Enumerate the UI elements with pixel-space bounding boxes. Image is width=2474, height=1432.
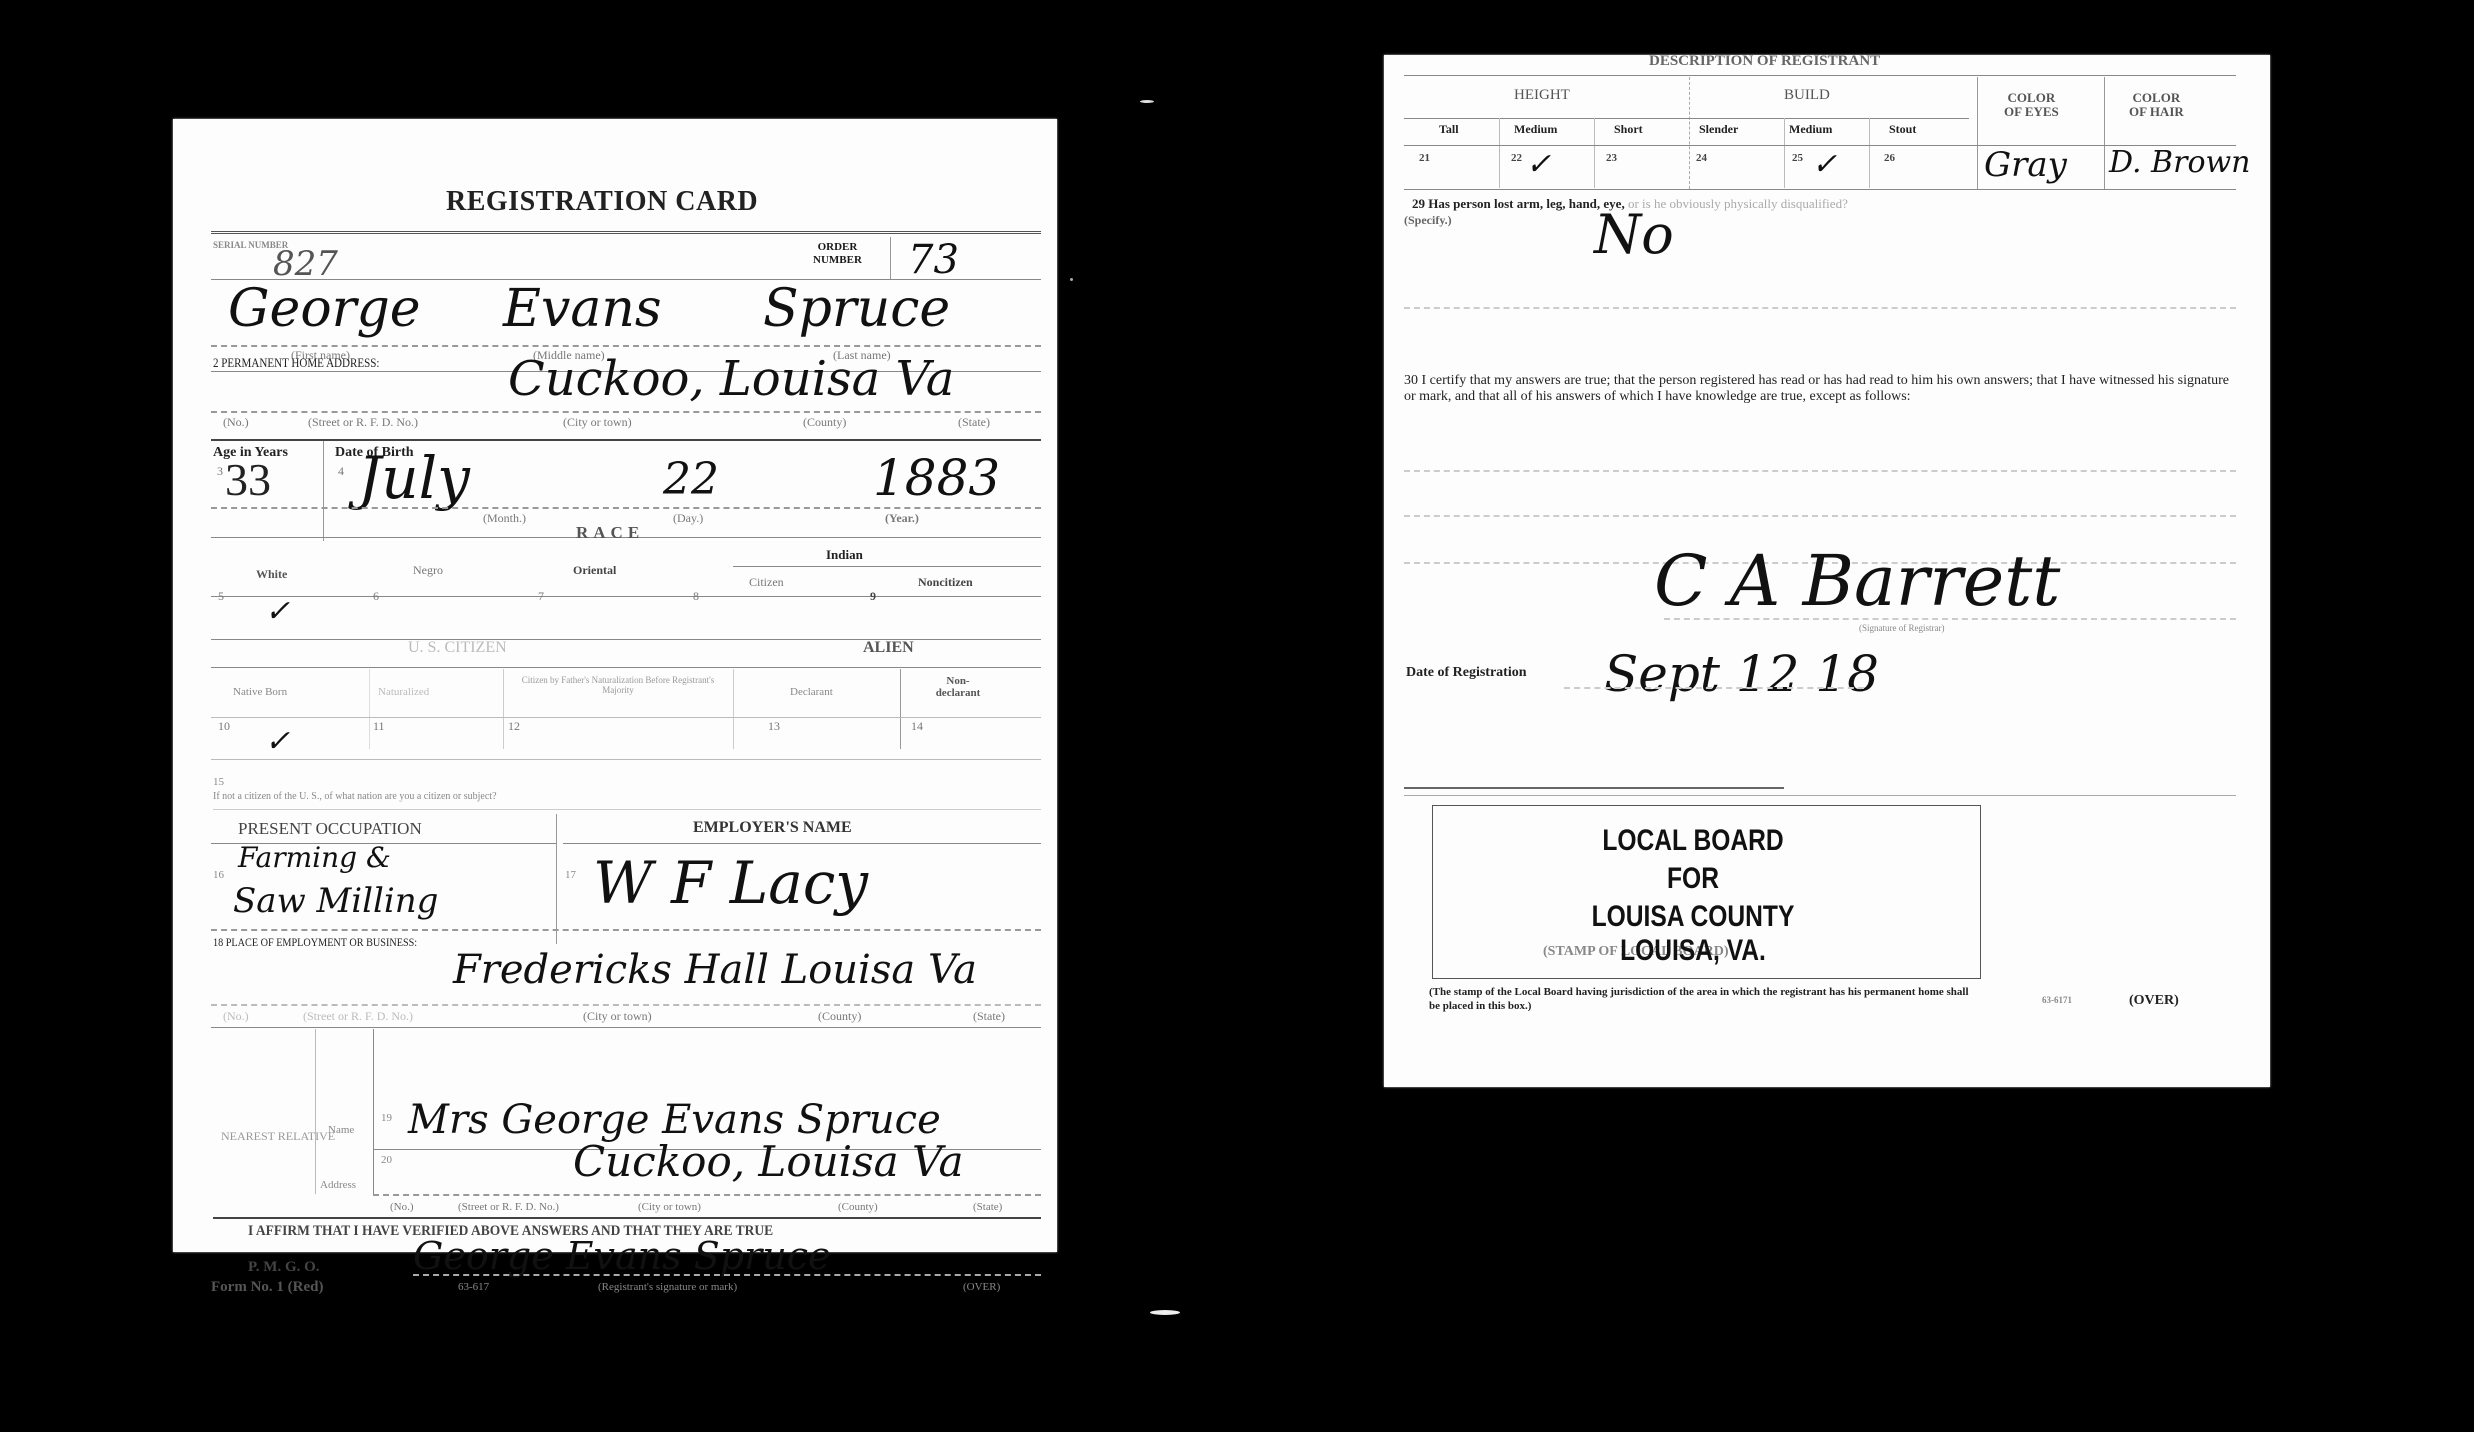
registrar-label: (Signature of Registrar) [1859,623,1944,633]
relative-sublabel-street: (Street or R. F. D. No.) [458,1201,559,1213]
relative-sublabel-no: (No.) [390,1201,414,1213]
eye-color-value: Gray [1984,145,2067,185]
race-num-5: 5 [218,589,224,604]
num-25: 25 [1792,152,1803,164]
citizen-by-father-label: Citizen by Father's Naturalization Befor… [513,675,723,695]
race-white-checkmark: ✓ [265,594,290,629]
serial-number: 827 [273,244,338,284]
q30-certification: 30 I certify that my answers are true; t… [1404,373,2236,405]
relative-address-num: 20 [381,1154,392,1166]
declarant-label: Declarant [790,686,833,698]
form-label-pmgo: P. M. G. O. [248,1259,320,1276]
stamp-box: LOCAL BOARD FOR LOUISA COUNTY (STAMP OF … [1432,805,1981,979]
first-name: George [228,279,421,339]
employer-label: EMPLOYER'S NAME [693,819,852,837]
order-label: ORDER NUMBER [813,241,862,267]
non-declarant-label: Non-declarant [928,675,988,699]
age-field-num: 3 [217,464,223,479]
occupation-label: PRESENT OCCUPATION [238,819,422,839]
back-over-label: (OVER) [2129,993,2179,1009]
stamp-line-1: LOCAL BOARD [1586,824,1799,858]
stamp-note: (The stamp of the Local Board having jur… [1429,985,1969,1013]
indian-label: Indian [826,547,863,563]
race-white-label: White [256,567,287,582]
back-form-code: 63-6171 [2042,995,2072,1005]
dob-day: 22 [663,454,719,505]
scan-speck [1150,1310,1180,1315]
race-num-6: 6 [373,589,379,604]
relative-sublabel-state: (State) [973,1201,1002,1213]
race-noncitizen-label: Noncitizen [918,575,973,590]
middle-name: Evans [503,279,662,339]
place-sublabel-no: (No.) [223,1009,249,1024]
dob-month-label: (Month.) [483,511,526,526]
place-sublabel-state: (State) [973,1009,1005,1024]
race-num-9: 9 [870,589,876,604]
race-num-8: 8 [693,589,699,604]
build-medium-checkmark: ✓ [1812,147,1837,182]
q15-text: If not a citizen of the U. S., of what n… [213,791,497,802]
scan-speck [1140,100,1154,103]
col-height-medium: Medium [1514,122,1557,137]
place-label: 18 PLACE OF EMPLOYMENT OR BUSINESS: [213,935,417,950]
race-label: RACE [576,523,644,543]
relative-name-label: Name [328,1124,354,1136]
dob-field-num: 4 [338,464,344,479]
height-label: HEIGHT [1514,87,1570,104]
home-address: Cuckoo, Louisa Va [508,351,954,407]
hair-color-label: COLOR OF HAIR [2129,91,2184,119]
relative-address-label: Address [320,1179,356,1191]
hair-color-value: D. Brown [2109,145,2251,180]
naturalized-label: Naturalized [378,686,429,698]
occupation-line1: Farming & [238,841,391,874]
place-sublabel-city: (City or town) [583,1009,652,1024]
employer-name: W F Lacy [593,849,868,917]
sublabel-county: (County) [803,415,846,430]
stamp-line-3: LOUISA COUNTY [1562,900,1824,934]
us-citizen-label: U. S. CITIZEN [408,639,507,657]
race-num-7: 7 [538,589,544,604]
col-stout: Stout [1889,122,1916,137]
native-born-checkmark: ✓ [265,724,290,759]
registrant-signature: George Evans Spruce [413,1234,830,1278]
q29-specify: (Specify.) [1404,213,1452,228]
scan-speck [1070,278,1073,281]
place-sublabel-street: (Street or R. F. D. No.) [303,1009,413,1024]
race-citizen-label: Citizen [749,575,784,590]
place-sublabel-county: (County) [818,1009,861,1024]
nearest-relative-label: NEAREST RELATIVE [221,1129,335,1143]
build-label: BUILD [1784,87,1830,104]
occupation-line2: Saw Milling [233,881,438,921]
col-short: Short [1614,122,1643,137]
citizen-num-14: 14 [911,719,923,734]
front-over-label: (OVER) [963,1281,1000,1293]
occupation-num: 16 [213,869,224,881]
col-build-medium: Medium [1789,122,1832,137]
signature-label: (Registrant's signature or mark) [598,1281,737,1293]
home-address-label: 2 PERMANENT HOME ADDRESS: [213,355,379,371]
eye-color-label: COLOR OF EYES [2004,91,2059,119]
col-tall: Tall [1439,122,1459,137]
col-slender: Slender [1699,122,1738,137]
date-of-registration-value: Sept 12 18 [1604,645,1879,703]
sublabel-city: (City or town) [563,415,632,430]
citizen-num-13: 13 [768,719,780,734]
dob-month: July [358,444,470,512]
last-name: Spruce [763,279,950,339]
relative-address: Cuckoo, Louisa Va [573,1137,964,1186]
form-label-number: Form No. 1 (Red) [211,1279,323,1296]
relative-name-num: 19 [381,1112,392,1124]
relative-sublabel-county: (County) [838,1201,878,1213]
num-26: 26 [1884,152,1895,164]
num-22: 22 [1511,152,1522,164]
citizen-num-11: 11 [373,719,385,734]
front-form-code: 63-617 [458,1281,489,1293]
order-number: 73 [908,237,959,283]
age-value: 33 [225,453,271,506]
registrar-signature: C A Barrett [1654,540,2060,622]
description-title: DESCRIPTION OF REGISTRANT [1649,53,1880,70]
num-24: 24 [1696,152,1707,164]
dob-day-label: (Day.) [673,511,703,526]
race-oriental-label: Oriental [573,563,616,578]
q15-num: 15 [213,776,224,788]
citizen-num-10: 10 [218,719,230,734]
num-21: 21 [1419,152,1430,164]
date-of-registration-label: Date of Registration [1406,665,1527,681]
employer-num: 17 [565,869,576,881]
registration-card-back: DESCRIPTION OF REGISTRANT HEIGHT BUILD C… [1384,55,2270,1087]
height-medium-checkmark: ✓ [1526,147,1551,182]
sublabel-no: (No.) [223,415,249,430]
card-title: REGISTRATION CARD [446,186,758,218]
native-born-label: Native Born [233,686,287,698]
alien-label: ALIEN [863,639,914,657]
q29-answer: No [1594,203,1674,266]
race-negro-label: Negro [413,563,443,578]
num-23: 23 [1606,152,1617,164]
place-of-employment: Fredericks Hall Louisa Va [453,947,977,993]
sublabel-street: (Street or R. F. D. No.) [308,415,418,430]
stamp-line-4: LOUISA, VA. [1586,934,1799,968]
stamp-line-2: FOR [1586,862,1799,896]
registration-card-front: REGISTRATION CARD SERIAL NUMBER 827 ORDE… [173,119,1057,1252]
sublabel-state: (State) [958,415,990,430]
dob-year-label: (Year.) [885,511,919,526]
relative-sublabel-city: (City or town) [638,1201,701,1213]
citizen-num-12: 12 [508,719,520,734]
dob-year: 1883 [873,449,1000,507]
